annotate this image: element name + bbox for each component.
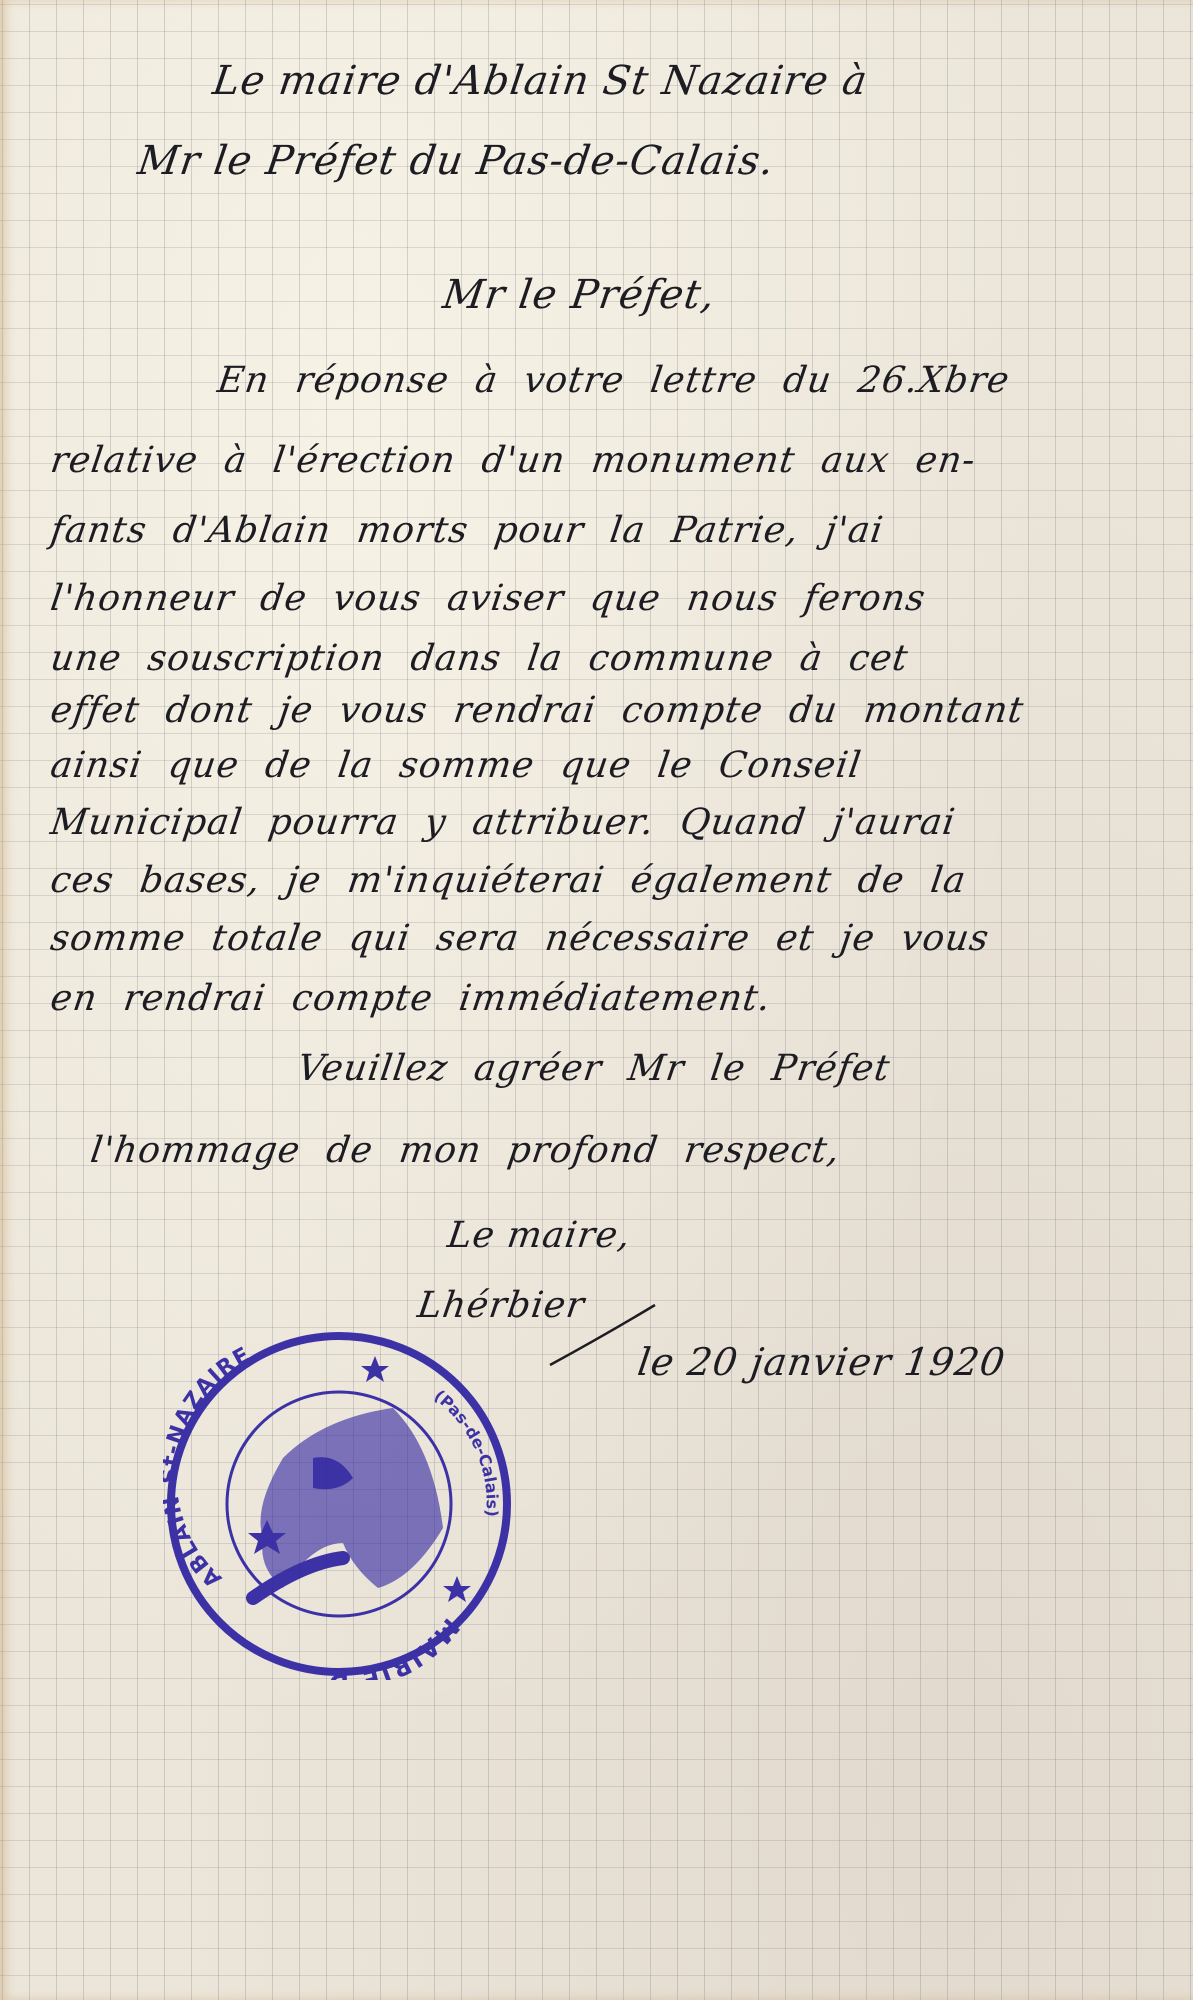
svg-text:MAIRIE D': MAIRIE D': [315, 1613, 464, 1680]
body-line: une souscription dans la commune à cet: [48, 638, 911, 679]
closing-line-2: l'hommage de mon profond respect,: [88, 1130, 843, 1171]
body-line: ainsi que de la somme que le Conseil: [48, 745, 864, 786]
body-line: somme totale qui sera nécessaire et je v…: [48, 918, 992, 959]
stamp-bottom-text: MAIRIE D': [315, 1613, 464, 1680]
header-sender: Le maire d'Ablain St Nazaire à: [210, 58, 871, 104]
stamp-seal-icon: ABLAIN-St-NAZAIRE (Pas-de-Calais) MAIRIE…: [163, 1328, 515, 1680]
body-line: fants d'Ablain morts pour la Patrie, j'a…: [48, 510, 886, 551]
body-line: en rendrai compte immédiatement.: [48, 978, 774, 1019]
salutation: Mr le Préfet,: [440, 272, 718, 318]
body-line: Municipal pourra y attribuer. Quand j'au…: [48, 802, 958, 843]
closing-line-1: Veuillez agréer Mr le Préfet: [295, 1048, 893, 1089]
stamp-side-text: (Pas-de-Calais): [431, 1386, 502, 1517]
mairie-stamp: ABLAIN-St-NAZAIRE (Pas-de-Calais) MAIRIE…: [163, 1328, 515, 1680]
header-recipient: Mr le Préfet du Pas-de-Calais.: [135, 138, 777, 184]
body-line: l'honneur de vous aviser que nous ferons: [48, 578, 928, 619]
letter-page: Le maire d'Ablain St Nazaire à Mr le Pré…: [0, 0, 1193, 2000]
body-line: relative à l'érection d'un monument aux …: [48, 440, 978, 481]
signature-title: Le maire,: [445, 1215, 633, 1256]
body-line: En réponse à votre lettre du 26.Xbre: [215, 360, 1012, 401]
letter-date: le 20 janvier 1920: [635, 1340, 1008, 1384]
body-line: ces bases, je m'inquiéterai également de…: [48, 860, 969, 901]
svg-text:(Pas-de-Calais): (Pas-de-Calais): [431, 1386, 502, 1517]
body-line: effet dont je vous rendrai compte du mon…: [48, 690, 1027, 731]
